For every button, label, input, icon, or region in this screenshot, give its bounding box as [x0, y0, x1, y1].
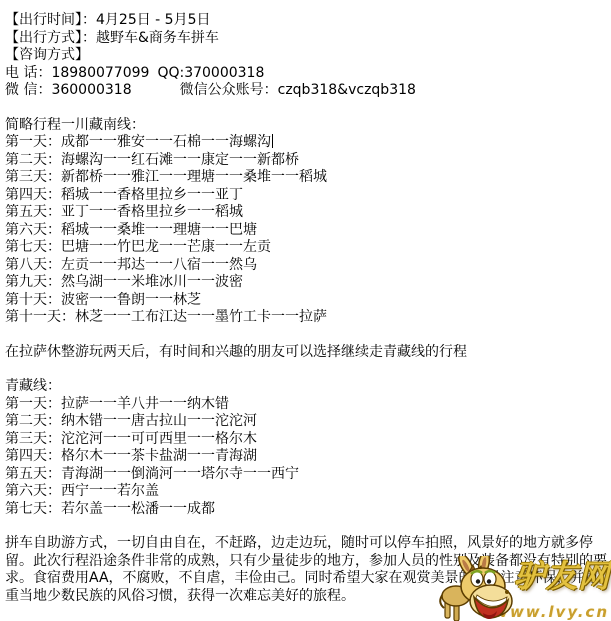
itinerary-day-line: 第二天：海螺沟一一红石滩一一康定一一新都桥	[5, 152, 607, 170]
itinerary-day-line: 第十天：波密一一鲁朗一一林芝	[5, 292, 607, 310]
itinerary-day-line: 第六天：西宁一一若尔盖	[5, 483, 607, 501]
itinerary-day-line: 第五天：亚丁一一香格里拉乡一一稻城	[5, 204, 607, 222]
lhasa-note: 在拉萨休整游玩两天后，有时间和兴趣的朋友可以选择继续走青藏线的行程	[5, 344, 607, 362]
itinerary-day-line: 第九天：然乌湖一一米堆冰川一一波密	[5, 274, 607, 292]
itinerary-day-line: 第四天：格尔木一一茶卡盐湖一一青海湖	[5, 448, 607, 466]
itinerary-day-line: 第三天：沱沱河一一可可西里一一格尔木	[5, 431, 607, 449]
text-cursor	[272, 134, 273, 148]
phone-label: 电 话：	[5, 65, 51, 81]
site-watermark: 驴友网 www.lvy.cn	[441, 557, 611, 621]
trip-info-block: 【出行时间】：4月25日 - 5月5日 【出行方式】：越野车&商务车拼车 【咨询…	[5, 12, 607, 100]
wechat-label: 微 信：	[5, 82, 51, 98]
itinerary-day-line: 第七天：巴塘一一竹巴龙一一芒康一一左贡	[5, 239, 607, 257]
itinerary-day-text: 第一天：成都一一雅安一一石棉一一海螺沟	[5, 134, 271, 150]
departure-time-label: 【出行时间】：	[5, 12, 96, 28]
itinerary-day-line: 第四天：稻城一一香格里拉乡一一亚丁	[5, 187, 607, 205]
wechat-line: 微 信：360000318微信公众账号：czqb318&vczqb318	[5, 82, 607, 100]
itinerary-day-line: 第八天：左贡一一邦达一一八宿一一然乌	[5, 257, 607, 275]
departure-time-line: 【出行时间】：4月25日 - 5月5日	[5, 12, 607, 30]
lhasa-note-block: 在拉萨休整游玩两天后，有时间和兴趣的朋友可以选择继续走青藏线的行程	[5, 344, 607, 362]
travel-mode-label: 【出行方式】：	[5, 30, 96, 46]
phone-line: 电 话：18980077099QQ:370000318	[5, 65, 607, 83]
donkey-mascot-icon	[435, 556, 535, 621]
wechat-public-value: czqb318&vczqb318	[278, 82, 416, 98]
south-route-title: 简略行程一川藏南线：	[5, 117, 607, 135]
itinerary-day-line: 第一天：成都一一雅安一一石棉一一海螺沟	[5, 134, 607, 152]
itinerary-day-line: 第三天：新都桥一一雅江一一理塘一一桑堆一一稻城	[5, 169, 607, 187]
travel-mode-value: 越野车&商务车拼车	[96, 30, 219, 46]
post-editor-text[interactable]: 【出行时间】：4月25日 - 5月5日 【出行方式】：越野车&商务车拼车 【咨询…	[5, 12, 607, 621]
wechat-value: 360000318	[51, 82, 131, 98]
qq-value: 370000318	[184, 65, 264, 81]
qq-label: QQ:	[157, 65, 184, 81]
wechat-public-label: 微信公众账号：	[180, 82, 278, 98]
itinerary-day-line: 第一天：拉萨一一羊八井一一纳木错	[5, 396, 607, 414]
south-route-block: 简略行程一川藏南线： 第一天：成都一一雅安一一石棉一一海螺沟 第二天：海螺沟一一…	[5, 117, 607, 327]
departure-time-value: 4月25日 - 5月5日	[96, 12, 211, 28]
itinerary-day-line: 第十一天：林芝一一工布江达一一墨竹工卡一一拉萨	[5, 309, 607, 327]
phone-value: 18980077099	[51, 65, 149, 81]
itinerary-day-line: 第六天：稻城一一桑堆一一理塘一一巴塘	[5, 222, 607, 240]
post-page: 【出行时间】：4月25日 - 5月5日 【出行方式】：越野车&商务车拼车 【咨询…	[0, 0, 611, 621]
qingzang-route-title: 青藏线：	[5, 378, 607, 396]
contact-heading: 【咨询方式】	[5, 47, 607, 65]
itinerary-day-line: 第二天：纳木错一一唐古拉山一一沱沱河	[5, 413, 607, 431]
itinerary-day-line: 第五天：青海湖一一倒淌河一一塔尔寺一一西宁	[5, 466, 607, 484]
itinerary-day-line: 第七天：若尔盖一一松潘一一成都	[5, 501, 607, 519]
travel-mode-line: 【出行方式】：越野车&商务车拼车	[5, 30, 607, 48]
qingzang-route-block: 青藏线： 第一天：拉萨一一羊八井一一纳木错 第二天：纳木错一一唐古拉山一一沱沱河…	[5, 378, 607, 518]
